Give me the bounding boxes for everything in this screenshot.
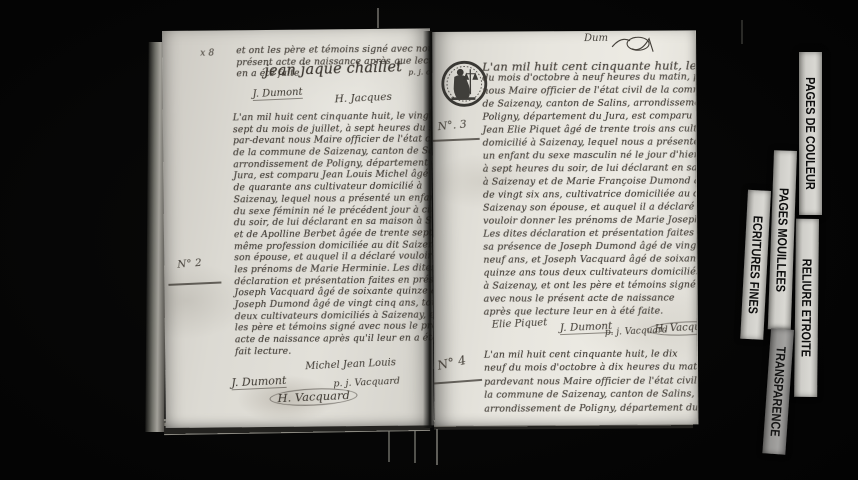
- act2-signature-vacquard-h: H. Vacquard: [269, 387, 358, 408]
- condition-label-pages-de-couleur: PAGES DE COULEUR: [799, 52, 822, 215]
- margin-rule-act2: [168, 282, 221, 286]
- margin-note-act4: N° 4: [436, 352, 468, 373]
- handwritten-line: arrondissement de Poligny, département d…: [484, 402, 698, 417]
- handwritten-line: neuf ans, et Joseph Vacquard âgé de soix…: [483, 253, 698, 268]
- scan-mark: [436, 429, 438, 465]
- scan-mark: [377, 8, 379, 28]
- handwritten-line: quinze ans tous deux cultivateurs domici…: [483, 266, 698, 281]
- handwritten-line: la commune de Saizenay, canton de Salins…: [484, 388, 698, 403]
- margin-note-act3: N°. 3: [437, 118, 467, 134]
- handwritten-line: à sept heures du soir, de lui déclarant …: [483, 162, 699, 177]
- margin-rule-act4: [432, 379, 482, 384]
- margin-rule-act3: [433, 138, 480, 141]
- act1-signature-dumont: J. Dumont: [252, 87, 302, 101]
- handwritten-line: Jean Elie Piquet âgé de trente trois ans…: [483, 123, 699, 138]
- handwritten-line: avec nous le présent acte de naissance: [484, 292, 699, 307]
- handwritten-line: de vingt six ans, cultivatrice domicilié…: [483, 188, 698, 203]
- register-scan-background: x 8 et ont les père et témoins signé ave…: [0, 0, 858, 480]
- act2-body-lines: L'an mil huit cent cinquante huit, le vi…: [233, 110, 434, 358]
- act3-body-lines: L'an mil huit cent cinquante huit, le qu…: [482, 58, 698, 320]
- right-register-page: Dum N°. 3 L'an mil huit cent cinquante h…: [432, 30, 698, 426]
- scan-mark: [414, 431, 416, 463]
- condition-label-ecritures-fines: ECRITURES FINES: [740, 190, 771, 340]
- handwritten-line: à Saizenay, et ont les père et témoins s…: [484, 279, 699, 294]
- top-annotation: Dum: [584, 33, 656, 55]
- act2-declarant-signature: Michel Jean Louis: [305, 357, 396, 372]
- handwritten-line: sa présence de Joseph Dumond âgé de ving…: [483, 240, 698, 255]
- act1-signature-jacques: H. Jacques: [334, 91, 392, 106]
- handwritten-line: un enfant du sexe masculin né le jour d'…: [483, 149, 699, 164]
- condition-label-reliure-etroite: RELIURE ETROITE: [794, 219, 819, 397]
- scan-mark: [388, 431, 390, 462]
- handwritten-line: Saizenay son épouse, et auquel il a décl…: [483, 201, 698, 216]
- handwritten-line: neuf du mois d'octobre à dix heures du m…: [484, 362, 698, 377]
- act3-signature-vacquard-h: H. Vacquard: [647, 320, 699, 337]
- handwritten-line: L'an mil huit cent cinquante huit, le qu…: [482, 58, 698, 73]
- handwritten-line: pardevant nous Maire officier de l'état …: [484, 375, 698, 390]
- handwritten-line: nous Maire officier de l'état civil de l…: [482, 84, 698, 99]
- handwritten-line: de Saizenay, canton de Salins, arrondiss…: [482, 97, 698, 112]
- condition-label-text: ECRITURES FINES: [741, 202, 771, 328]
- handwritten-line: après que lecture leur en à été faite.: [484, 305, 699, 320]
- condition-label-transparence: TRANSPARENCE: [762, 328, 794, 454]
- margin-note-act2: N° 2: [177, 257, 202, 271]
- condition-label-text: PAGES MOUILLEES: [768, 165, 796, 316]
- corner-mark: x 8: [200, 48, 214, 58]
- book-gutter-shadow: [423, 31, 436, 428]
- scan-mark: [741, 20, 743, 44]
- condition-label-text: PAGES DE COULEUR: [799, 65, 822, 202]
- condition-label-pages-mouillees: PAGES MOUILLEES: [768, 150, 797, 330]
- act2-signature-dumont: J. Dumont: [231, 374, 287, 390]
- act3-signature-piquet: Elie Piquet: [492, 317, 548, 330]
- condition-label-text: RELIURE ETROITE: [794, 233, 819, 383]
- handwritten-line: vouloir donner les prénoms de Marie Jose…: [483, 214, 698, 229]
- handwritten-line: à Saizenay et de Marie Françoise Dumond …: [483, 175, 699, 190]
- handwritten-line: domicilié à Saizenay, lequel nous a prés…: [483, 136, 699, 151]
- top-annotation-text: Dum: [584, 33, 608, 44]
- condition-label-text: TRANSPARENCE: [763, 338, 793, 444]
- left-register-page: x 8 et ont les père et témoins signé ave…: [162, 28, 434, 428]
- handwritten-line: Poligny, département du Jura, est compar…: [482, 110, 698, 125]
- handwritten-line: fait lecture.: [235, 344, 434, 358]
- paraph-flourish-icon: [610, 33, 656, 55]
- handwritten-line: Les dites déclaration et présentation fa…: [483, 227, 698, 242]
- act4-body-lines: L'an mil huit cent cinquante huit, le di…: [484, 348, 698, 416]
- handwritten-line: du mois d'octobre à neuf heures du matin…: [482, 71, 698, 86]
